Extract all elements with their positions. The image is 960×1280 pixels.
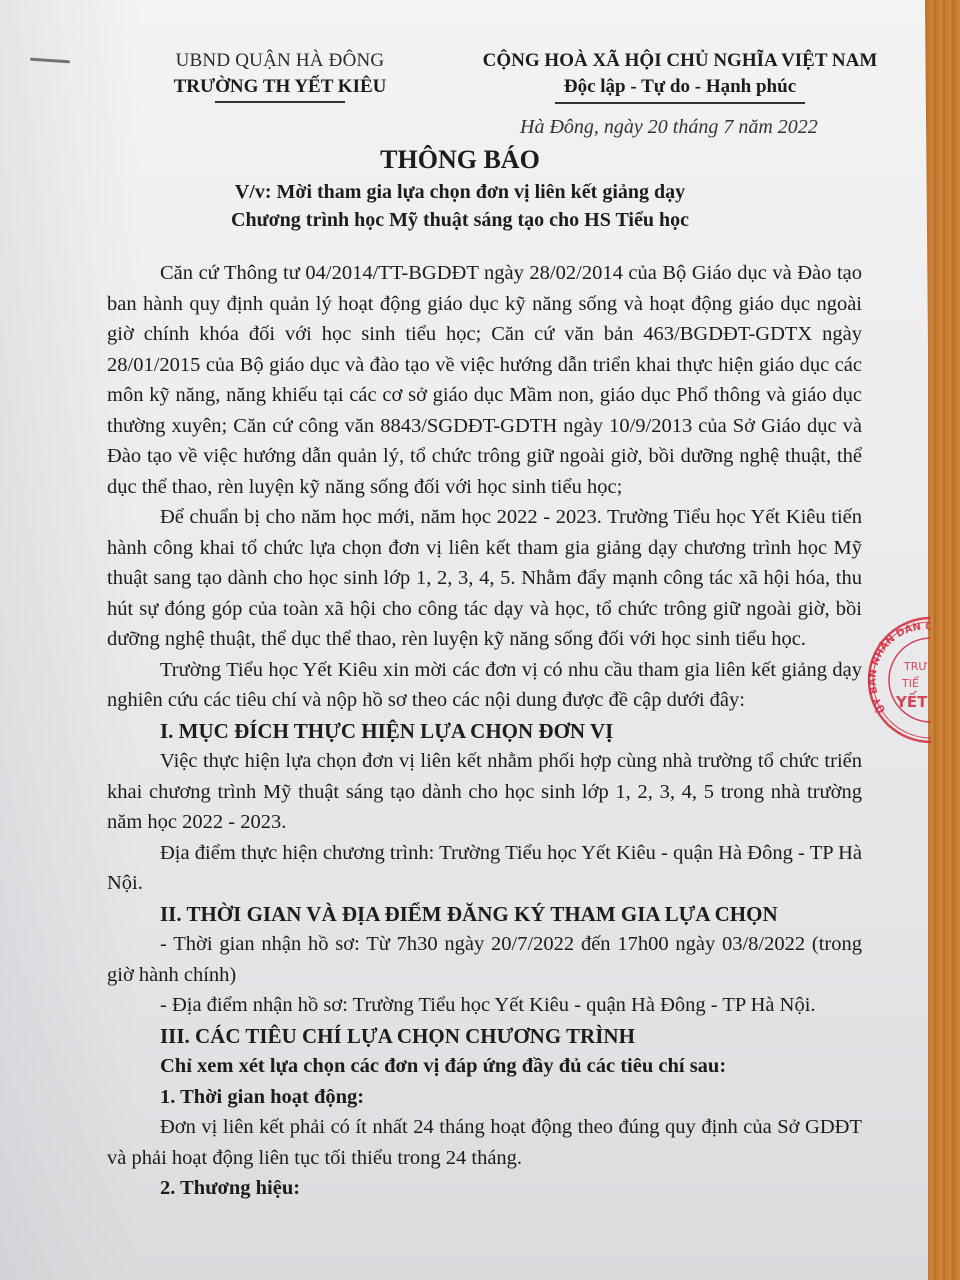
document-subject-line-2: Chương trình học Mỹ thuật sáng tạo cho H… [0,209,920,232]
purpose-paragraph: Để chuẩn bị cho năm học mới, năm học 202… [107,502,862,655]
seal-line-2: TIỂ [901,676,919,690]
document-subject-line-1: V/v: Mời tham gia lựa chọn đơn vị liên k… [0,181,920,204]
invitation-paragraph: Trường Tiểu học Yết Kiêu xin mời các đơn… [107,655,862,716]
criterion-1-text: Đơn vị liên kết phải có ít nhất 24 tháng… [107,1112,862,1173]
section-1-paragraph: Việc thực hiện lựa chọn đơn vị liên kết … [107,746,862,838]
seal-line-3: YẾT [895,690,928,711]
document-body: Căn cứ Thông tư 04/2014/TT-BGDĐT ngày 28… [107,258,862,1204]
section-3-intro: Chỉ xem xét lựa chọn các đơn vị đáp ứng … [107,1051,862,1082]
seal-line-1: TRƯ [903,660,928,673]
national-header: CỘNG HOÀ XÃ HỘI CHỦ NGHĨA VIỆT NAM Độc l… [455,50,905,104]
issuing-authority: UBND QUẬN HÀ ĐÔNG [140,50,420,72]
section-3-heading: III. CÁC TIÊU CHÍ LỰA CHỌN CHƯƠNG TRÌNH [107,1021,862,1052]
section-1-location: Địa điểm thực hiện chương trình: Trường … [107,838,862,899]
legal-basis-paragraph: Căn cứ Thông tư 04/2014/TT-BGDĐT ngày 28… [107,258,862,502]
section-2-submission-time: - Thời gian nhận hồ sơ: Từ 7h30 ngày 20/… [107,929,862,990]
nation-name: CỘNG HOÀ XÃ HỘI CHỦ NGHĨA VIỆT NAM [455,50,905,72]
criterion-1-title: 1. Thời gian hoạt động: [107,1082,862,1113]
section-2-submission-place: - Địa điểm nhận hồ sơ: Trường Tiểu học Y… [107,990,862,1021]
document-page: UBND QUẬN HÀ ĐÔNG TRƯỜNG TH YẾT KIÊU CỘN… [0,0,928,1280]
section-1-heading: I. MỤC ĐÍCH THỰC HIỆN LỰA CHỌN ĐƠN VỊ [107,716,862,747]
national-motto: Độc lập - Tự do - Hạnh phúc [455,76,905,98]
header-underline [215,101,345,103]
criterion-2-title: 2. Thương hiệu: [107,1173,862,1204]
document-title: THÔNG BÁO [0,145,920,175]
school-name: TRƯỜNG TH YẾT KIÊU [140,76,420,98]
document-date: Hà Đông, ngày 20 tháng 7 năm 2022 [520,116,818,139]
section-2-heading: II. THỜI GIAN VÀ ĐỊA ĐIỂM ĐĂNG KÝ THAM G… [107,899,862,930]
issuer-header: UBND QUẬN HÀ ĐÔNG TRƯỜNG TH YẾT KIÊU [140,50,420,103]
motto-underline [555,102,805,104]
